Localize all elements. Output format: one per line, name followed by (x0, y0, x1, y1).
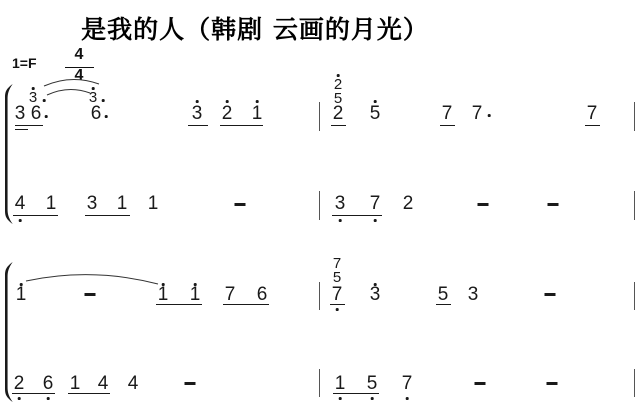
note: 6 (31, 107, 42, 122)
octave-dot-below (19, 219, 22, 222)
duration-dot (488, 114, 491, 117)
note: 5 (370, 107, 381, 122)
note: 5 (367, 377, 378, 392)
duration-dot (102, 99, 105, 102)
note: 7 (333, 258, 341, 270)
octave-dot-above (374, 100, 377, 103)
note: 5 (438, 288, 449, 303)
system-brace (2, 262, 14, 402)
slur-tie (47, 83, 90, 97)
octave-dot-above (256, 100, 259, 103)
octave-dot-below (406, 397, 409, 400)
beam-line (223, 304, 269, 305)
beam-line (220, 125, 263, 126)
octave-dot-below (336, 308, 339, 311)
note: 1 (335, 377, 346, 392)
note: 1 (46, 197, 57, 212)
note: 7 (587, 107, 598, 122)
beam-line (85, 215, 130, 216)
octave-dot-above (196, 100, 199, 103)
beam-line (12, 393, 55, 394)
note: 3 (370, 288, 381, 303)
beam-line (13, 215, 58, 216)
song-title: 是我的人（韩剧 云画的月光） (81, 10, 429, 46)
note: 2 (334, 79, 342, 91)
beam-line (436, 304, 451, 305)
octave-dot-below (371, 397, 374, 400)
barline (634, 102, 635, 131)
octave-dot-above (194, 283, 197, 286)
note: 4 (98, 377, 109, 392)
held-note-dash (547, 382, 558, 385)
held-note-dash (235, 203, 246, 206)
barline (319, 102, 320, 131)
note: 3 (15, 107, 26, 122)
octave-dot-below (339, 219, 342, 222)
note: 7 (442, 107, 453, 122)
held-note-dash (545, 293, 556, 296)
system-brace (2, 84, 14, 224)
note: 1 (16, 288, 27, 303)
note: 3 (335, 197, 346, 212)
note: 1 (148, 197, 159, 212)
held-note-dash (478, 203, 489, 206)
beam-line (333, 393, 379, 394)
slur-tie (26, 265, 158, 286)
note: 3 (89, 92, 97, 104)
note: 4 (128, 377, 139, 392)
beam-line (585, 125, 600, 126)
octave-dot-below (18, 397, 21, 400)
note: 1 (190, 288, 201, 303)
octave-dot-below (339, 397, 342, 400)
octave-dot-above (32, 87, 35, 90)
beam-line (156, 304, 202, 305)
barline (319, 191, 320, 220)
note: 2 (222, 107, 233, 122)
duration-dot (45, 115, 48, 118)
note: 7 (370, 197, 381, 212)
note: 3 (192, 107, 203, 122)
beam-line (188, 125, 208, 126)
duration-dot (43, 99, 46, 102)
note: 7 (402, 377, 413, 392)
octave-dot-below (374, 219, 377, 222)
barline (634, 282, 635, 310)
octave-dot-below (47, 397, 50, 400)
beam-line (68, 393, 110, 394)
beam-line (440, 125, 455, 126)
time-signature-numerator: 4 (75, 47, 84, 63)
octave-dot-above (162, 283, 165, 286)
note: 1 (158, 288, 169, 303)
barline (319, 282, 320, 310)
note: 2 (14, 377, 25, 392)
beam-line (15, 125, 43, 126)
beam-line (15, 129, 28, 130)
octave-dot-above (337, 74, 340, 77)
octave-dot-above (226, 100, 229, 103)
note: 5 (333, 272, 341, 284)
note: 2 (403, 197, 414, 212)
note: 7 (225, 288, 236, 303)
note: 3 (29, 92, 37, 104)
note: 1 (70, 377, 81, 392)
held-note-dash (548, 203, 559, 206)
held-note-dash (85, 293, 96, 296)
note: 7 (332, 288, 343, 303)
note: 6 (257, 288, 268, 303)
note: 3 (468, 288, 479, 303)
note: 3 (87, 197, 98, 212)
held-note-dash (475, 382, 486, 385)
beam-line (331, 125, 346, 126)
note: 6 (43, 377, 54, 392)
octave-dot-above (374, 283, 377, 286)
sheet-music-page: 是我的人（韩剧 云画的月光） 1=F 4 4 36336321252577741… (0, 0, 642, 410)
barline (634, 191, 635, 220)
note: 1 (252, 107, 263, 122)
note: 7 (472, 107, 483, 122)
key-signature: 1=F (12, 55, 37, 71)
barline (319, 369, 320, 397)
beam-line (332, 215, 382, 216)
held-note-dash (185, 382, 196, 385)
beam-line (330, 304, 345, 305)
duration-dot (105, 115, 108, 118)
note: 2 (333, 107, 344, 122)
barline (634, 369, 635, 397)
note: 4 (15, 197, 26, 212)
octave-dot-above (20, 283, 23, 286)
note: 1 (117, 197, 128, 212)
note: 6 (91, 107, 102, 122)
